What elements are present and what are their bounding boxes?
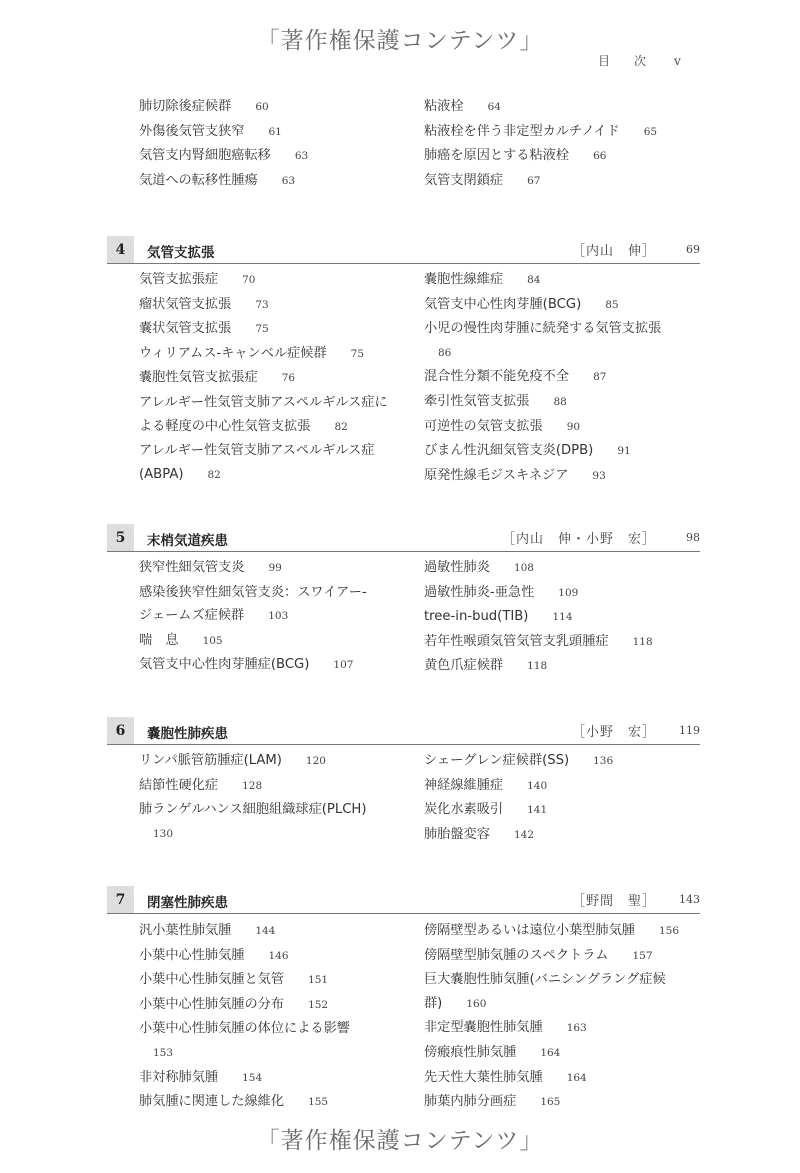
toc-entry-page: 164 [567,1072,587,1084]
toc-entry-title: 気管支拡張症 [139,272,218,287]
chapter-number: 4 [107,236,134,263]
toc-entry-page: 65 [644,126,657,138]
toc-entry-title: 肺ランゲルハンス細胞組織球症(PLCH) [139,802,367,817]
toc-entry[interactable]: 巨大嚢胞性肺気腫(バニシングラング症候 [424,968,709,992]
chapter-page: 98 [686,531,700,544]
toc-entry-page: 105 [203,635,223,647]
toc-entry-page: 114 [552,611,572,623]
chapter-title[interactable]: 末梢気道疾患 [147,529,228,549]
toc-entry-title: 小葉中心性肺気腫と気管 [139,972,284,987]
toc-entry-page: 128 [242,780,262,792]
intro-entries: 肺切除後症候群60外傷後気管支狭窄61気管支内腎細胞癌転移63気道への転移性腫瘍… [139,95,709,193]
toc-entry[interactable]: 肺葉内肺分画症165 [424,1090,709,1115]
toc-entry-page: 86 [438,347,451,359]
toc-entry-page: 144 [255,925,275,937]
toc-entry-page: 107 [333,659,353,671]
toc-entry[interactable]: 肺ランゲルハンス細胞組織球症(PLCH) [139,798,424,822]
chapter-number: 6 [107,717,134,744]
toc-entry[interactable]: よる軽度の中心性気管支拡張82 [139,415,424,440]
toc-entry[interactable]: 気管支拡張症70 [139,268,424,293]
toc-entry-page: 93 [592,470,605,482]
toc-entry-page: 66 [593,150,606,162]
toc-entry-page: 142 [514,829,534,841]
toc-entry-page: 120 [306,755,326,767]
toc-entry[interactable]: 嚢胞性気管支拡張症76 [139,366,424,391]
toc-entry[interactable]: ジェームズ症候群103 [139,604,424,629]
toc-entry[interactable]: 153 [139,1041,424,1066]
toc-entry[interactable]: 気道への転移性腫瘍63 [139,169,424,194]
toc-entry-title: 非対称肺気腫 [139,1070,218,1085]
toc-entry[interactable]: 神経線維腫症140 [424,774,709,799]
toc-entry-page: 146 [269,950,289,962]
chapter-5-right-column: 過敏性肺炎108過敏性肺炎-亜急性109tree-in-bud(TIB)114若… [424,556,709,679]
chapter-page: 119 [679,724,700,737]
toc-entry-title: 炭化水素吸引 [424,802,503,817]
chapter-7-header: 7 閉塞性肺疾患 ［野間 聖］ 143 [107,886,700,914]
toc-entry[interactable]: 炭化水素吸引141 [424,798,709,823]
toc-entry-title: 先天性大葉性肺気腫 [424,1070,543,1085]
toc-entry-page: 165 [540,1096,560,1108]
toc-entry-title: 気管支閉鎖症 [424,173,503,188]
toc-entry-title: ウィリアムス-キャンベル症候群 [139,346,327,361]
toc-entry-title: 気管支内腎細胞癌転移 [139,148,271,163]
chapter-page: 143 [679,893,700,906]
toc-entry-page: 130 [153,828,173,840]
toc-entry-title: 黄色爪症候群 [424,658,503,673]
toc-entry-title: 肺葉内肺分画症 [424,1094,516,1109]
toc-entry[interactable]: 粘液栓64 [424,95,709,120]
toc-entry-page: 82 [334,421,347,433]
toc-entry-page: 63 [295,150,308,162]
running-head: 目次v [598,52,681,69]
toc-entry-page: 67 [527,175,540,187]
toc-entry-title: 若年性喉頭気管気管支乳頭腫症 [424,634,609,649]
toc-entry-title: 小葉中心性肺気腫の体位による影響 [139,1021,350,1036]
toc-entry-title: 小葉中心性肺気腫の分布 [139,997,284,1012]
toc-entry-page: 155 [308,1096,328,1108]
toc-entry-page: 152 [308,999,328,1011]
toc-entry-page: 82 [208,469,221,481]
toc-entry-page: 118 [633,636,653,648]
toc-entry-page: 85 [605,299,618,311]
toc-entry-title: 汎小葉性肺気腫 [139,923,231,938]
toc-entry[interactable]: 傍瘢痕性肺気腫164 [424,1041,709,1066]
watermark-top: 「著作権保護コンテンツ」 [0,22,800,55]
toc-entry-title: 肺切除後症候群 [139,99,231,114]
toc-entry[interactable]: 小葉中心性肺気腫の分布152 [139,993,424,1018]
toc-entry[interactable]: 狭窄性細気管支炎99 [139,556,424,581]
toc-entry[interactable]: 感染後狭窄性細気管支炎：スワイアー- [139,581,424,605]
toc-entry-page: 75 [255,323,268,335]
toc-entry[interactable]: 混合性分類不能免疫不全87 [424,365,709,390]
toc-entry-title: 原発性線毛ジスキネジア [424,468,568,483]
toc-entry[interactable]: 群)160 [424,992,709,1017]
toc-entry[interactable]: 傍隔壁型あるいは遠位小葉型肺気腫156 [424,919,709,944]
toc-entry-page: 153 [153,1047,173,1059]
toc-entry-title: 群) [424,996,442,1011]
toc-entry-page: 154 [242,1072,262,1084]
toc-entry[interactable]: リンパ脈管筋腫症(LAM)120 [139,749,424,774]
toc-entry-page: 108 [514,562,534,574]
toc-entry-title: リンパ脈管筋腫症(LAM) [139,753,282,768]
intro-right-column: 粘液栓64粘液栓を伴う非定型カルチノイド65肺癌を原因とする粘液栓66気管支閉鎖… [424,95,709,193]
chapter-title[interactable]: 嚢胞性肺疾患 [147,722,228,742]
toc-entry[interactable]: 130 [139,822,424,847]
toc-entry-title: 嚢胞性線維症 [424,272,503,287]
toc-entry-title: 肺気腫に関連した線維化 [139,1094,284,1109]
toc-entry[interactable]: 肺気腫に関連した線維化155 [139,1090,424,1115]
toc-entry-title: ジェームズ症候群 [139,608,244,623]
toc-entry-page: 140 [527,780,547,792]
toc-entry-page: 60 [255,101,268,113]
toc-entry[interactable]: ウィリアムス-キャンベル症候群75 [139,342,424,367]
toc-entry-title: 肺癌を原因とする粘液栓 [424,148,569,163]
chapter-page: 69 [686,243,700,256]
toc-entry[interactable]: 黄色爪症候群118 [424,654,709,679]
toc-entry-title: 非定型嚢胞性肺気腫 [424,1020,543,1035]
chapter-author: ［野間 聖］ [572,890,656,909]
toc-entry-title: (ABPA) [139,467,184,482]
toc-entry-title: 瘤状気管支拡張 [139,297,231,312]
chapter-number: 7 [107,886,134,913]
chapter-title[interactable]: 閉塞性肺疾患 [147,891,228,911]
toc-entry-title: tree-in-bud(TIB) [424,609,528,624]
toc-entry[interactable]: 粘液栓を伴う非定型カルチノイド65 [424,120,709,145]
toc-entry[interactable]: 傍隔壁型肺気腫のスペクトラム157 [424,944,709,969]
chapter-5-header: 5 末梢気道疾患 ［内山 伸・小野 宏］ 98 [107,524,700,552]
toc-entry[interactable]: 喘 息105 [139,629,424,654]
toc-entry[interactable]: 気管支内腎細胞癌転移63 [139,144,424,169]
toc-entry-page: 70 [242,274,255,286]
toc-entry-page: 156 [659,925,679,937]
toc-entry-title: 結節性硬化症 [139,778,218,793]
toc-entry-title: 気管支中心性肉芽腫(BCG) [424,297,581,312]
toc-entry-page: 160 [466,998,486,1010]
toc-entry[interactable]: 牽引性気管支拡張88 [424,390,709,415]
toc-entry[interactable]: 結節性硬化症128 [139,774,424,799]
toc-entry-title: シェーグレン症候群(SS) [424,753,569,768]
chapter-4-header: 4 気管支拡張 ［内山 伸］ 69 [107,236,700,264]
toc-entry-title: 小葉中心性肺気腫 [139,948,245,963]
toc-entry[interactable]: 気管支中心性肉芽腫症(BCG)107 [139,653,424,678]
chapter-title[interactable]: 気管支拡張 [147,241,215,261]
chapter-4-entries: 気管支拡張症70瘤状気管支拡張73嚢状気管支拡張75ウィリアムス-キャンベル症候… [139,268,709,488]
toc-entry-page: 61 [269,126,282,138]
toc-entry-title: よる軽度の中心性気管支拡張 [139,419,310,434]
toc-entry-title: 傍隔壁型肺気腫のスペクトラム [424,948,609,963]
toc-entry-page: 64 [488,101,501,113]
toc-entry-title: 過敏性肺炎 [424,560,490,575]
toc-entry-title: 嚢状気管支拡張 [139,321,231,336]
toc-entry-title: アレルギー性気管支肺アスペルギルス症 [139,443,374,458]
toc-entry-page: 163 [567,1022,587,1034]
toc-entry[interactable]: 嚢胞性線維症84 [424,268,709,293]
toc-entry[interactable]: 肺癌を原因とする粘液栓66 [424,144,709,169]
chapter-5-left-column: 狭窄性細気管支炎99感染後狭窄性細気管支炎：スワイアー-ジェームズ症候群103喘… [139,556,424,679]
toc-entry[interactable]: 肺胎盤変容142 [424,823,709,848]
toc-entry-page: 75 [351,348,364,360]
toc-entry-page: 99 [269,562,282,574]
chapter-author: ［小野 宏］ [572,721,656,740]
toc-entry-page: 164 [540,1047,560,1059]
chapter-7-left-column: 汎小葉性肺気腫144小葉中心性肺気腫146小葉中心性肺気腫と気管151小葉中心性… [139,919,424,1115]
toc-entry-page: 73 [255,299,268,311]
toc-entry-title: 喘 息 [139,633,179,648]
intro-left-column: 肺切除後症候群60外傷後気管支狭窄61気管支内腎細胞癌転移63気道への転移性腫瘍… [139,95,424,193]
toc-entry-page: 109 [558,587,578,599]
chapter-author: ［内山 伸・小野 宏］ [502,528,656,547]
chapter-4-right-column: 嚢胞性線維症84気管支中心性肉芽腫(BCG)85小児の慢性肉芽腫に続発する気管支… [424,268,709,488]
toc-entry[interactable]: 気管支中心性肉芽腫(BCG)85 [424,293,709,318]
running-head-page: v [674,54,681,68]
toc-entry[interactable]: 過敏性肺炎108 [424,556,709,581]
toc-entry-page: 141 [527,804,547,816]
toc-entry-title: 嚢胞性気管支拡張症 [139,370,258,385]
toc-entry[interactable]: 汎小葉性肺気腫144 [139,919,424,944]
toc-entry-page: 103 [268,610,288,622]
toc-entry-title: 粘液栓 [424,99,464,114]
toc-entry-page: 151 [308,974,328,986]
toc-entry-title: 巨大嚢胞性肺気腫(バニシングラング症候 [424,972,666,987]
toc-entry[interactable]: 非対称肺気腫154 [139,1066,424,1091]
toc-entry[interactable]: 小葉中心性肺気腫と気管151 [139,968,424,993]
toc-entry[interactable]: 86 [424,341,709,366]
toc-entry-title: 牽引性気管支拡張 [424,394,530,409]
chapter-5-entries: 狭窄性細気管支炎99感染後狭窄性細気管支炎：スワイアー-ジェームズ症候群103喘… [139,556,709,679]
toc-entry[interactable]: 先天性大葉性肺気腫164 [424,1066,709,1091]
toc-entry[interactable]: 過敏性肺炎-亜急性109 [424,581,709,606]
toc-entry[interactable]: (ABPA)82 [139,463,424,488]
toc-entry-page: 63 [282,175,295,187]
toc-entry-title: 傍瘢痕性肺気腫 [424,1045,516,1060]
toc-entry[interactable]: 瘤状気管支拡張73 [139,293,424,318]
running-head-title: 目次 [598,54,670,68]
toc-entry[interactable]: 嚢状気管支拡張75 [139,317,424,342]
toc-entry-page: 88 [554,396,567,408]
toc-entry-title: 小児の慢性肉芽腫に続発する気管支拡張 [424,321,661,336]
toc-entry[interactable]: tree-in-bud(TIB)114 [424,605,709,630]
toc-entry[interactable]: 若年性喉頭気管気管支乳頭腫症118 [424,630,709,655]
toc-entry-page: 87 [593,371,606,383]
toc-entry-title: 粘液栓を伴う非定型カルチノイド [424,124,620,139]
toc-entry-title: 感染後狭窄性細気管支炎：スワイアー- [139,585,367,600]
toc-entry-title: 可逆性の気管支拡張 [424,419,543,434]
toc-entry-title: アレルギー性気管支肺アスペルギルス症に [139,395,388,410]
toc-entry[interactable]: アレルギー性気管支肺アスペルギルス症 [139,439,424,463]
toc-entry[interactable]: シェーグレン症候群(SS)136 [424,749,709,774]
toc-entry-title: 肺胎盤変容 [424,827,490,842]
toc-entry[interactable]: 小児の慢性肉芽腫に続発する気管支拡張 [424,317,709,341]
chapter-7-entries: 汎小葉性肺気腫144小葉中心性肺気腫146小葉中心性肺気腫と気管151小葉中心性… [139,919,709,1115]
toc-entry[interactable]: 小葉中心性肺気腫146 [139,944,424,969]
chapter-6-left-column: リンパ脈管筋腫症(LAM)120結節性硬化症128肺ランゲルハンス細胞組織球症(… [139,749,424,847]
chapter-7-right-column: 傍隔壁型あるいは遠位小葉型肺気腫156傍隔壁型肺気腫のスペクトラム157巨大嚢胞… [424,919,709,1115]
toc-entry[interactable]: アレルギー性気管支肺アスペルギルス症に [139,391,424,415]
toc-entry-page: 90 [567,421,580,433]
watermark-bottom: 「著作権保護コンテンツ」 [0,1122,800,1155]
chapter-4-left-column: 気管支拡張症70瘤状気管支拡張73嚢状気管支拡張75ウィリアムス-キャンベル症候… [139,268,424,488]
toc-entry-page: 157 [633,950,653,962]
toc-entry[interactable]: 気管支閉鎖症67 [424,169,709,194]
toc-entry-title: 神経線維腫症 [424,778,503,793]
toc-entry-title: 気道への転移性腫瘍 [139,173,258,188]
toc-entry[interactable]: 可逆性の気管支拡張90 [424,415,709,440]
toc-entry[interactable]: 外傷後気管支狭窄61 [139,120,424,145]
toc-entry-title: 外傷後気管支狭窄 [139,124,245,139]
toc-entry-page: 91 [617,445,630,457]
toc-entry-title: 混合性分類不能免疫不全 [424,369,569,384]
toc-entry[interactable]: 小葉中心性肺気腫の体位による影響 [139,1017,424,1041]
toc-entry[interactable]: 肺切除後症候群60 [139,95,424,120]
chapter-6-right-column: シェーグレン症候群(SS)136神経線維腫症140炭化水素吸引141肺胎盤変容1… [424,749,709,847]
toc-entry-title: 傍隔壁型あるいは遠位小葉型肺気腫 [424,923,635,938]
toc-entry-title: 気管支中心性肉芽腫症(BCG) [139,657,309,672]
toc-entry[interactable]: びまん性汎細気管支炎(DPB)91 [424,439,709,464]
chapter-number: 5 [107,524,134,551]
toc-entry-title: びまん性汎細気管支炎(DPB) [424,443,593,458]
toc-entry-page: 136 [593,755,613,767]
toc-entry[interactable]: 非定型嚢胞性肺気腫163 [424,1016,709,1041]
toc-entry-page: 84 [527,274,540,286]
chapter-6-header: 6 嚢胞性肺疾患 ［小野 宏］ 119 [107,717,700,745]
toc-entry-page: 76 [282,372,295,384]
toc-entry-title: 過敏性肺炎-亜急性 [424,585,534,600]
chapter-author: ［内山 伸］ [572,240,656,259]
toc-entry[interactable]: 原発性線毛ジスキネジア93 [424,464,709,489]
chapter-6-entries: リンパ脈管筋腫症(LAM)120結節性硬化症128肺ランゲルハンス細胞組織球症(… [139,749,709,847]
toc-entry-page: 118 [527,660,547,672]
toc-entry-title: 狭窄性細気管支炎 [139,560,245,575]
